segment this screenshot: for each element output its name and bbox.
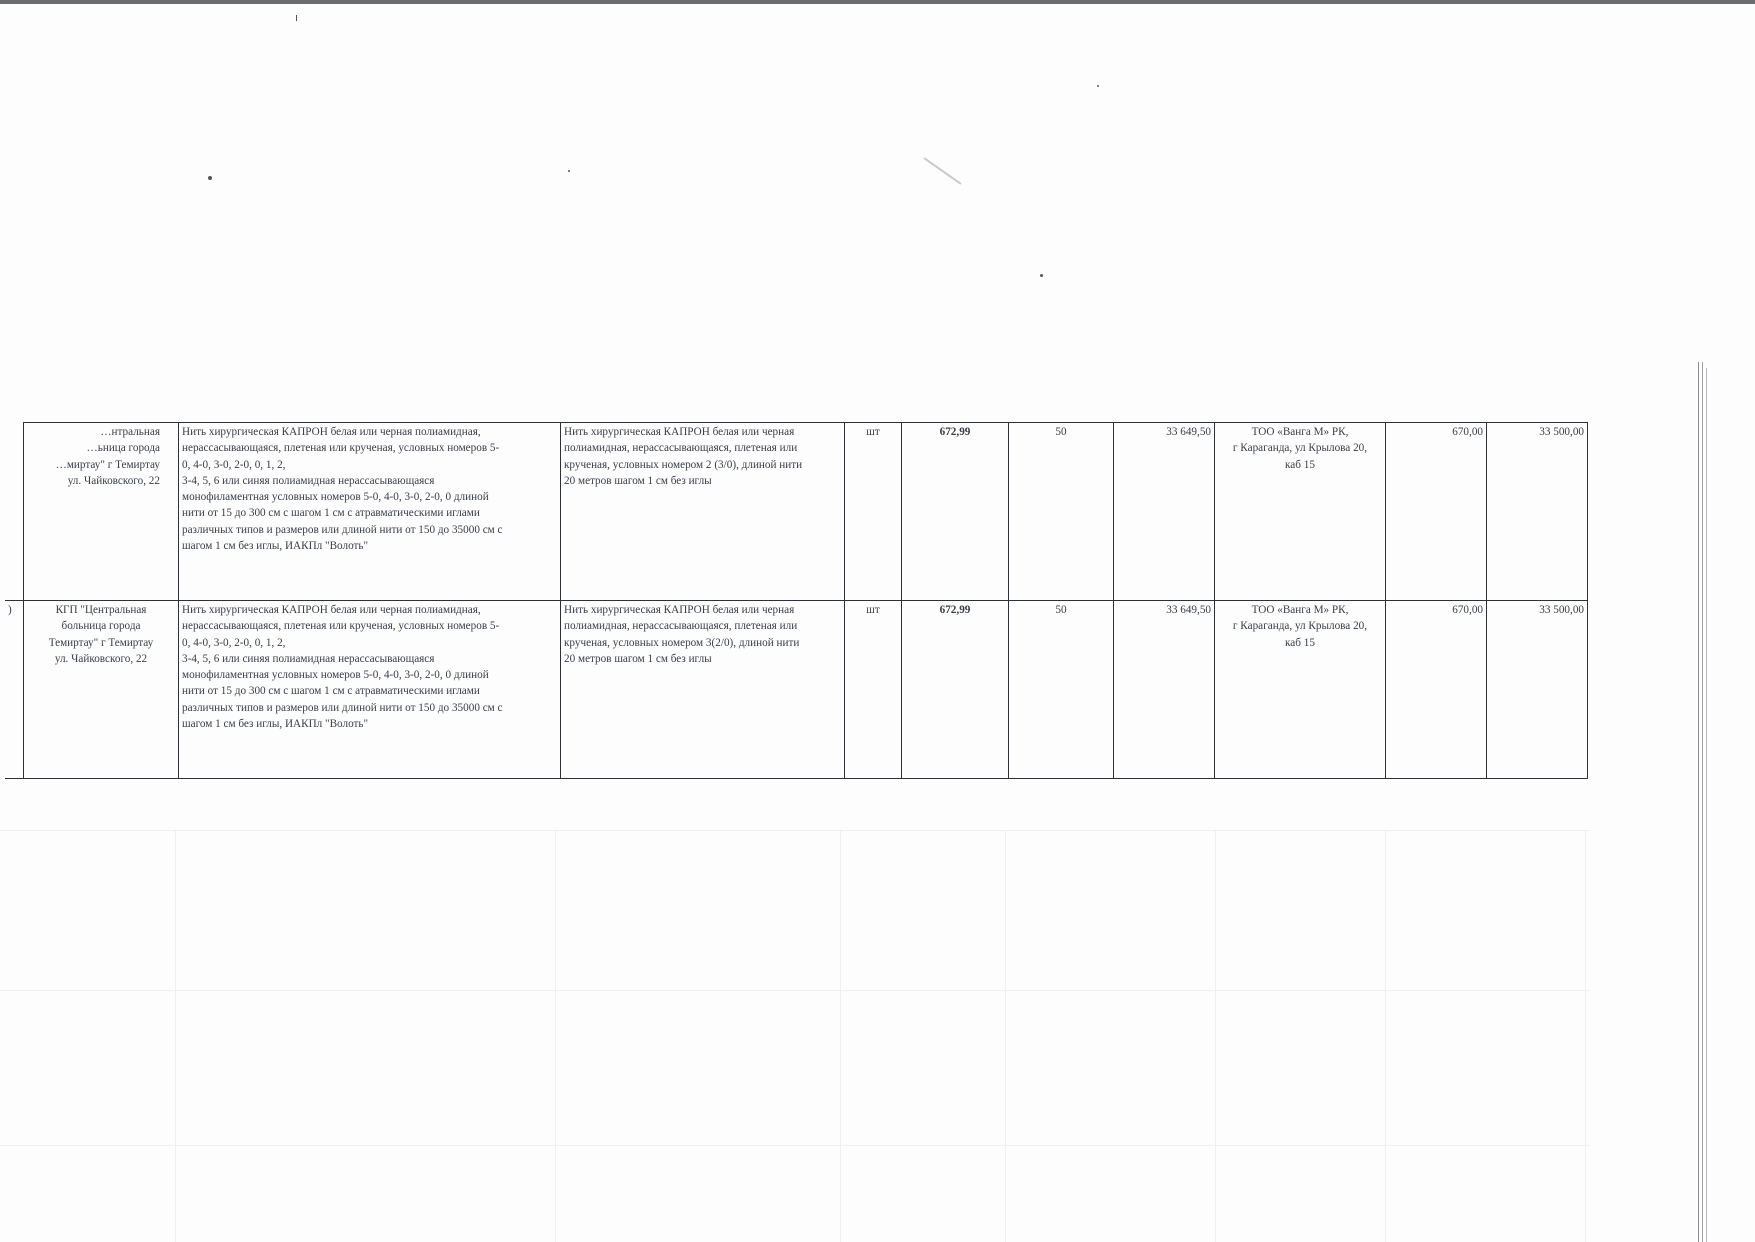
- customer-text: КГП "Центральная: [27, 602, 175, 618]
- offered-item-cell: Нить хирургическая КАПРОН белая или черн…: [561, 423, 845, 601]
- row-number-cell: ): [5, 601, 24, 779]
- customer-text: …миртау" г Темиртау: [27, 457, 160, 473]
- customer-cell: КГП "Центральнаябольница городаТемиртау"…: [24, 601, 179, 779]
- row-number-cell: [5, 423, 24, 601]
- offered-item-text: крученая, условных номером 2 (3/0), длин…: [564, 457, 841, 473]
- requested-item-text: различных типов и размеров или длиной ни…: [182, 700, 557, 716]
- customer-text: ул. Чайковского, 22: [27, 473, 160, 489]
- total-text: 33 649,50: [1166, 426, 1211, 438]
- supplier-total-cell: 33 500,00: [1487, 423, 1588, 601]
- supplier-cell: ТОО «Ванга М» РК,г Караганда, ул Крылова…: [1215, 423, 1386, 601]
- quantity-cell: 50: [1009, 601, 1114, 779]
- requested-item-text: шагом 1 см без иглы, ИАКПл "Волоть": [182, 716, 557, 732]
- customer-text: …ьница города: [27, 440, 160, 456]
- scan-smudge: [923, 157, 961, 184]
- customer-text: ул. Чайковского, 22: [27, 651, 175, 667]
- scan-speck: [568, 170, 570, 172]
- supplier-text: каб 15: [1218, 635, 1382, 651]
- unit-text: шт: [866, 426, 880, 438]
- requested-item-text: нерассасывающаяся, плетеная или крученая…: [182, 440, 557, 456]
- unit-text: шт: [866, 604, 880, 616]
- procurement-table: …нтральная…ьница города…миртау" г Темирт…: [5, 422, 1588, 779]
- requested-item-text: 0, 4-0, 3-0, 2-0, 0, 1, 2,: [182, 635, 557, 651]
- requested-item-text: 3-4, 5, 6 или синяя полиамидная нерассас…: [182, 473, 557, 489]
- customer-text: …нтральная: [27, 424, 160, 440]
- offered-item-text: полиамидная, нерассасывающаяся, плетеная…: [564, 618, 841, 634]
- total-cell: 33 649,50: [1114, 601, 1215, 779]
- requested-item-text: нерассасывающаяся, плетеная или крученая…: [182, 618, 557, 634]
- quantity-text: 50: [1055, 426, 1066, 438]
- requested-item-text: шагом 1 см без иглы, ИАКПл "Волоть": [182, 538, 557, 554]
- unit-cell: шт: [845, 423, 902, 601]
- quantity-text: 50: [1055, 604, 1066, 616]
- table-row: …нтральная…ьница города…миртау" г Темирт…: [5, 423, 1588, 601]
- requested-item-text: монофиламентная условных номеров 5-0, 4-…: [182, 667, 557, 683]
- scan-speck: [208, 176, 212, 180]
- requested-item-text: Нить хирургическая КАПРОН белая или черн…: [182, 602, 557, 618]
- supplier-total-text: 33 500,00: [1539, 604, 1584, 616]
- supplier-text: каб 15: [1218, 457, 1382, 473]
- table-row: ) КГП "Центральнаябольница городаТемирта…: [5, 601, 1588, 779]
- scan-speck: [1097, 85, 1099, 87]
- unit-price-cell: 672,99: [902, 601, 1009, 779]
- supplier-text: г Караганда, ул Крылова 20,: [1218, 618, 1382, 634]
- requested-item-text: нити от 15 до 300 см с шагом 1 см с атра…: [182, 683, 557, 699]
- offered-item-cell: Нить хирургическая КАПРОН белая или черн…: [561, 601, 845, 779]
- supplier-text: ТОО «Ванга М» РК,: [1218, 602, 1382, 618]
- requested-item-text: Нить хирургическая КАПРОН белая или черн…: [182, 424, 557, 440]
- offered-item-text: полиамидная, нерассасывающаяся, плетеная…: [564, 440, 841, 456]
- offered-item-text: 20 метров шагом 1 см без иглы: [564, 473, 841, 489]
- offered-item-text: крученая, условных номером 3(2/0), длино…: [564, 635, 841, 651]
- total-text: 33 649,50: [1166, 604, 1211, 616]
- page-edge-line: [1702, 362, 1703, 1242]
- page-edge-line: [1706, 368, 1707, 1242]
- supplier-unit-price-cell: 670,00: [1386, 601, 1487, 779]
- supplier-total-cell: 33 500,00: [1487, 601, 1588, 779]
- total-cell: 33 649,50: [1114, 423, 1215, 601]
- supplier-total-text: 33 500,00: [1539, 426, 1584, 438]
- requested-item-text: 0, 4-0, 3-0, 2-0, 0, 1, 2,: [182, 457, 557, 473]
- supplier-unit-price-text: 670,00: [1452, 604, 1483, 616]
- requested-item-text: 3-4, 5, 6 или синяя полиамидная нерассас…: [182, 651, 557, 667]
- unit-price-text: 672,99: [940, 426, 971, 438]
- bleed-through-area: [0, 790, 1600, 1242]
- unit-cell: шт: [845, 601, 902, 779]
- offered-item-text: Нить хирургическая КАПРОН белая или черн…: [564, 424, 841, 440]
- requested-item-text: нити от 15 до 300 см с шагом 1 см с атра…: [182, 505, 557, 521]
- scan-speck: [296, 15, 297, 21]
- supplier-text: ТОО «Ванга М» РК,: [1218, 424, 1382, 440]
- customer-text: Темиртау" г Темиртау: [27, 635, 175, 651]
- requested-item-cell: Нить хирургическая КАПРОН белая или черн…: [179, 601, 561, 779]
- unit-price-text: 672,99: [940, 604, 971, 616]
- customer-cell: …нтральная…ьница города…миртау" г Темирт…: [24, 423, 179, 601]
- supplier-unit-price-cell: 670,00: [1386, 423, 1487, 601]
- row-number: ): [8, 604, 12, 616]
- offered-item-text: Нить хирургическая КАПРОН белая или черн…: [564, 602, 841, 618]
- supplier-text: г Караганда, ул Крылова 20,: [1218, 440, 1382, 456]
- scan-speck: [1040, 274, 1043, 277]
- quantity-cell: 50: [1009, 423, 1114, 601]
- scan-top-edge: [0, 0, 1755, 4]
- requested-item-text: монофиламентная условных номеров 5-0, 4-…: [182, 489, 557, 505]
- customer-text: больница города: [27, 618, 175, 634]
- requested-item-cell: Нить хирургическая КАПРОН белая или черн…: [179, 423, 561, 601]
- offered-item-text: 20 метров шагом 1 см без иглы: [564, 651, 841, 667]
- supplier-cell: ТОО «Ванга М» РК,г Караганда, ул Крылова…: [1215, 601, 1386, 779]
- page-edge-line: [1698, 362, 1699, 1242]
- unit-price-cell: 672,99: [902, 423, 1009, 601]
- requested-item-text: различных типов и размеров или длиной ни…: [182, 522, 557, 538]
- supplier-unit-price-text: 670,00: [1452, 426, 1483, 438]
